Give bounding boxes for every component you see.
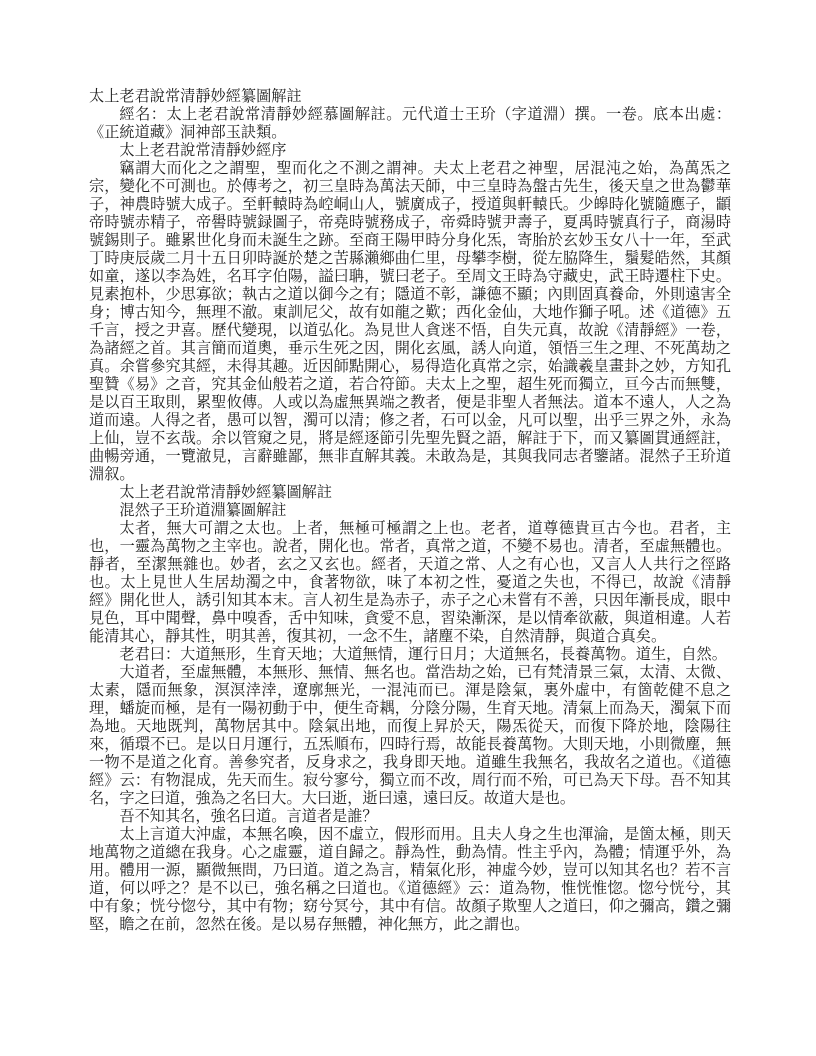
heading-commentator: 混然子王玠道淵纂圖解註 xyxy=(89,502,731,520)
paragraph-commentary-name: 太上言道大沖虛，本無名喚，因不虛立，假形而用。且夫人身之生也渾淪，是箇太極，則天… xyxy=(89,826,731,934)
heading-main-title: 太上老君說常清靜妙經纂圖解註 xyxy=(89,484,731,502)
paragraph-commentary-dadao: 大道者，至虛無體，本無形、無情、無名也。當浩劫之始，已有梵清景三氣，太清、太微、… xyxy=(89,664,731,808)
paragraph-colophon: 經名：太上老君說常清靜妙經慕圖解註。元代道士王玠（字道淵）撰。一卷。底本出處：《… xyxy=(89,106,731,142)
paragraph-preface-body: 竊謂大而化之之謂聖，聖而化之不測之謂神。夫太上老君之神聖，居混沌之始，為萬炁之宗… xyxy=(89,160,731,484)
paragraph-scripture-quote-laojun: 老君曰：大道無形，生育天地；大道無情，運行日月；大道無名，長養萬物。道生，自然。 xyxy=(89,646,731,664)
document-title: 太上老君說常清靜妙經纂圖解註 xyxy=(89,88,731,106)
heading-preface: 太上老君說常清靜妙經序 xyxy=(89,142,731,160)
paragraph-title-exegesis: 太者，無大可謂之太也。上者，無極可極謂之上也。老者，道尊德貴亘古今也。君者，主也… xyxy=(89,520,731,646)
document-page: 太上老君說常清靜妙經纂圖解註 經名：太上老君說常清靜妙經慕圖解註。元代道士王玠（… xyxy=(89,88,731,934)
paragraph-scripture-quote-name: 吾不知其名，強名曰道。言道者是誰？ xyxy=(89,808,731,826)
